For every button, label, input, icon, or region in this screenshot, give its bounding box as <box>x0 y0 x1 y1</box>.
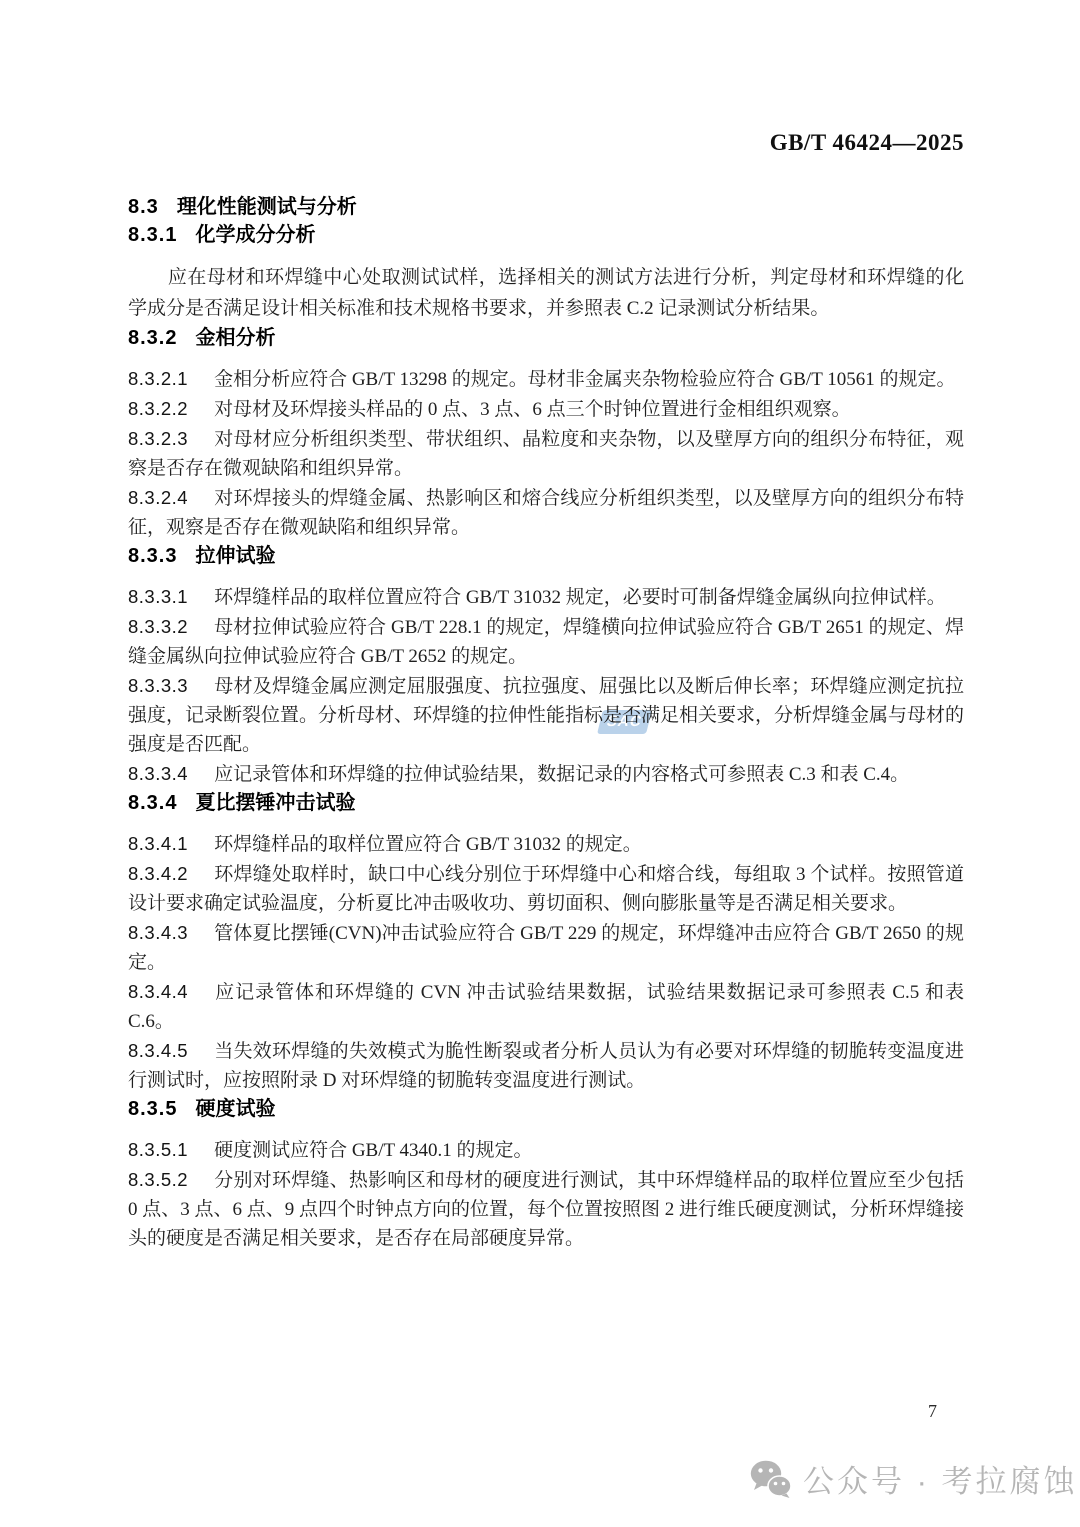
section-heading-8-3: 8.3理化性能测试与分析 <box>128 193 964 221</box>
clause-8-3-3-3: 8.3.3.3母材及焊缝金属应测定屈服强度、抗拉强度、屈强比以及断后伸长率；环焊… <box>128 671 964 759</box>
clause-8-3-4-3: 8.3.4.3管体夏比摆锤(CVN)冲击试验应符合 GB/T 229 的规定，环… <box>128 918 964 977</box>
paragraph: 应在母材和环焊缝中心处取测试试样，选择相关的测试方法进行分析，判定母材和环焊缝的… <box>128 262 964 324</box>
clause-text: 当失效环焊缝的失效模式为脆性断裂或者分析人员认为有必要对环焊缝的韧脆转变温度进行… <box>128 1041 964 1091</box>
clause-8-3-2-4: 8.3.2.4对环焊接头的焊缝金属、热影响区和熔合线应分析组织类型，以及壁厚方向… <box>128 483 964 542</box>
clause-number: 8.3.3.2 <box>128 616 188 637</box>
section-title: 金相分析 <box>195 327 275 349</box>
clause-text: 管体夏比摆锤(CVN)冲击试验应符合 GB/T 229 的规定，环焊缝冲击应符合… <box>128 923 964 973</box>
clause-number: 8.3.4.1 <box>128 833 188 854</box>
section-number: 8.3.4 <box>128 792 177 814</box>
clause-8-3-3-4: 8.3.3.4应记录管体和环焊缝的拉伸试验结果，数据记录的内容格式可参照表 C.… <box>128 759 964 789</box>
clause-text: 分别对环焊缝、热影响区和母材的硬度进行测试，其中环焊缝样品的取样位置应至少包括 … <box>128 1170 964 1249</box>
clause-number: 8.3.4.3 <box>128 922 188 943</box>
wechat-icon <box>750 1460 792 1498</box>
clause-number: 8.3.4.2 <box>128 863 188 884</box>
clause-number: 8.3.3.1 <box>128 586 188 607</box>
clause-text: 母材及焊缝金属应测定屈服强度、抗拉强度、屈强比以及断后伸长率；环焊缝应测定抗拉强… <box>128 676 964 755</box>
clause-text: 对环焊接头的焊缝金属、热影响区和熔合线应分析组织类型，以及壁厚方向的组织分布特征… <box>128 488 964 538</box>
section-title: 拉伸试验 <box>195 545 275 567</box>
page-number: 7 <box>928 1401 937 1422</box>
clause-number: 8.3.2.2 <box>128 398 188 419</box>
clause-number: 8.3.3.3 <box>128 675 188 696</box>
clause-number: 8.3.2.1 <box>128 368 188 389</box>
clause-text: 对母材及环焊接头样品的 0 点、3 点、6 点三个时钟位置进行金相组织观察。 <box>214 399 851 420</box>
section-number: 8.3.5 <box>128 1098 177 1120</box>
section-number: 8.3.2 <box>128 327 177 349</box>
section-title: 化学成分分析 <box>195 224 315 246</box>
clause-8-3-2-3: 8.3.2.3对母材应分析组织类型、带状组织、晶粒度和夹杂物，以及壁厚方向的组织… <box>128 424 964 483</box>
clause-text: 对母材应分析组织类型、带状组织、晶粒度和夹杂物，以及壁厚方向的组织分布特征，观察… <box>128 429 964 479</box>
section-heading-8-3-2: 8.3.2金相分析 <box>128 324 964 352</box>
clause-text: 环焊缝样品的取样位置应符合 GB/T 31032 规定，必要时可制备焊缝金属纵向… <box>214 587 946 608</box>
clause-text: 硬度测试应符合 GB/T 4340.1 的规定。 <box>214 1140 532 1161</box>
clause-text: 环焊缝样品的取样位置应符合 GB/T 31032 的规定。 <box>214 834 642 855</box>
clause-8-3-3-2: 8.3.3.2母材拉伸试验应符合 GB/T 228.1 的规定，焊缝横向拉伸试验… <box>128 612 964 671</box>
clause-8-3-4-4: 8.3.4.4应记录管体和环焊缝的 CVN 冲击试验结果数据，试验结果数据记录可… <box>128 977 964 1036</box>
clause-8-3-4-1: 8.3.4.1环焊缝样品的取样位置应符合 GB/T 31032 的规定。 <box>128 829 964 859</box>
section-heading-8-3-1: 8.3.1化学成分分析 <box>128 221 964 249</box>
clause-number: 8.3.3.4 <box>128 763 188 784</box>
clause-number: 8.3.4.5 <box>128 1040 188 1061</box>
clause-8-3-2-1: 8.3.2.1金相分析应符合 GB/T 13298 的规定。母材非金属夹杂物检验… <box>128 364 964 394</box>
document-page: GB/T 46424—2025 SAC 8.3理化性能测试与分析 8.3.1化学… <box>0 0 1080 1527</box>
clause-8-3-4-5: 8.3.4.5当失效环焊缝的失效模式为脆性断裂或者分析人员认为有必要对环焊缝的韧… <box>128 1036 964 1095</box>
clause-8-3-5-1: 8.3.5.1硬度测试应符合 GB/T 4340.1 的规定。 <box>128 1135 964 1165</box>
section-number: 8.3 <box>128 196 159 218</box>
clause-8-3-4-2: 8.3.4.2环焊缝处取样时，缺口中心线分别位于环焊缝中心和熔合线，每组取 3 … <box>128 859 964 918</box>
clause-text: 应记录管体和环焊缝的拉伸试验结果，数据记录的内容格式可参照表 C.3 和表 C.… <box>214 764 909 785</box>
section-heading-8-3-5: 8.3.5硬度试验 <box>128 1095 964 1123</box>
clause-8-3-2-2: 8.3.2.2对母材及环焊接头样品的 0 点、3 点、6 点三个时钟位置进行金相… <box>128 394 964 424</box>
clause-number: 8.3.5.2 <box>128 1169 188 1190</box>
section-heading-8-3-3: 8.3.3拉伸试验 <box>128 542 964 570</box>
section-number: 8.3.1 <box>128 224 177 246</box>
clause-number: 8.3.5.1 <box>128 1139 188 1160</box>
standard-code-header: GB/T 46424—2025 <box>770 130 964 156</box>
clause-text: 环焊缝处取样时，缺口中心线分别位于环焊缝中心和熔合线，每组取 3 个试样。按照管… <box>128 864 964 914</box>
clause-text: 应记录管体和环焊缝的 CVN 冲击试验结果数据，试验结果数据记录可参照表 C.5… <box>128 982 964 1032</box>
footer-watermark-label: 公众号 · 考拉腐蚀 <box>803 1456 1078 1501</box>
clause-number: 8.3.4.4 <box>128 981 188 1002</box>
section-title: 硬度试验 <box>195 1098 275 1120</box>
clause-number: 8.3.2.3 <box>128 428 188 449</box>
section-title: 理化性能测试与分析 <box>177 196 357 218</box>
document-body: 8.3理化性能测试与分析 8.3.1化学成分分析 应在母材和环焊缝中心处取测试试… <box>128 193 964 1253</box>
clause-text: 金相分析应符合 GB/T 13298 的规定。母材非金属夹杂物检验应符合 GB/… <box>214 369 955 390</box>
clause-8-3-5-2: 8.3.5.2分别对环焊缝、热影响区和母材的硬度进行测试，其中环焊缝样品的取样位… <box>128 1165 964 1253</box>
section-number: 8.3.3 <box>128 545 177 567</box>
footer-watermark: 公众号 · 考拉腐蚀 <box>750 1456 1078 1501</box>
clause-number: 8.3.2.4 <box>128 487 188 508</box>
section-title: 夏比摆锤冲击试验 <box>195 792 355 814</box>
clause-text: 母材拉伸试验应符合 GB/T 228.1 的规定，焊缝横向拉伸试验应符合 GB/… <box>128 617 964 667</box>
clause-8-3-3-1: 8.3.3.1环焊缝样品的取样位置应符合 GB/T 31032 规定，必要时可制… <box>128 582 964 612</box>
section-heading-8-3-4: 8.3.4夏比摆锤冲击试验 <box>128 789 964 817</box>
